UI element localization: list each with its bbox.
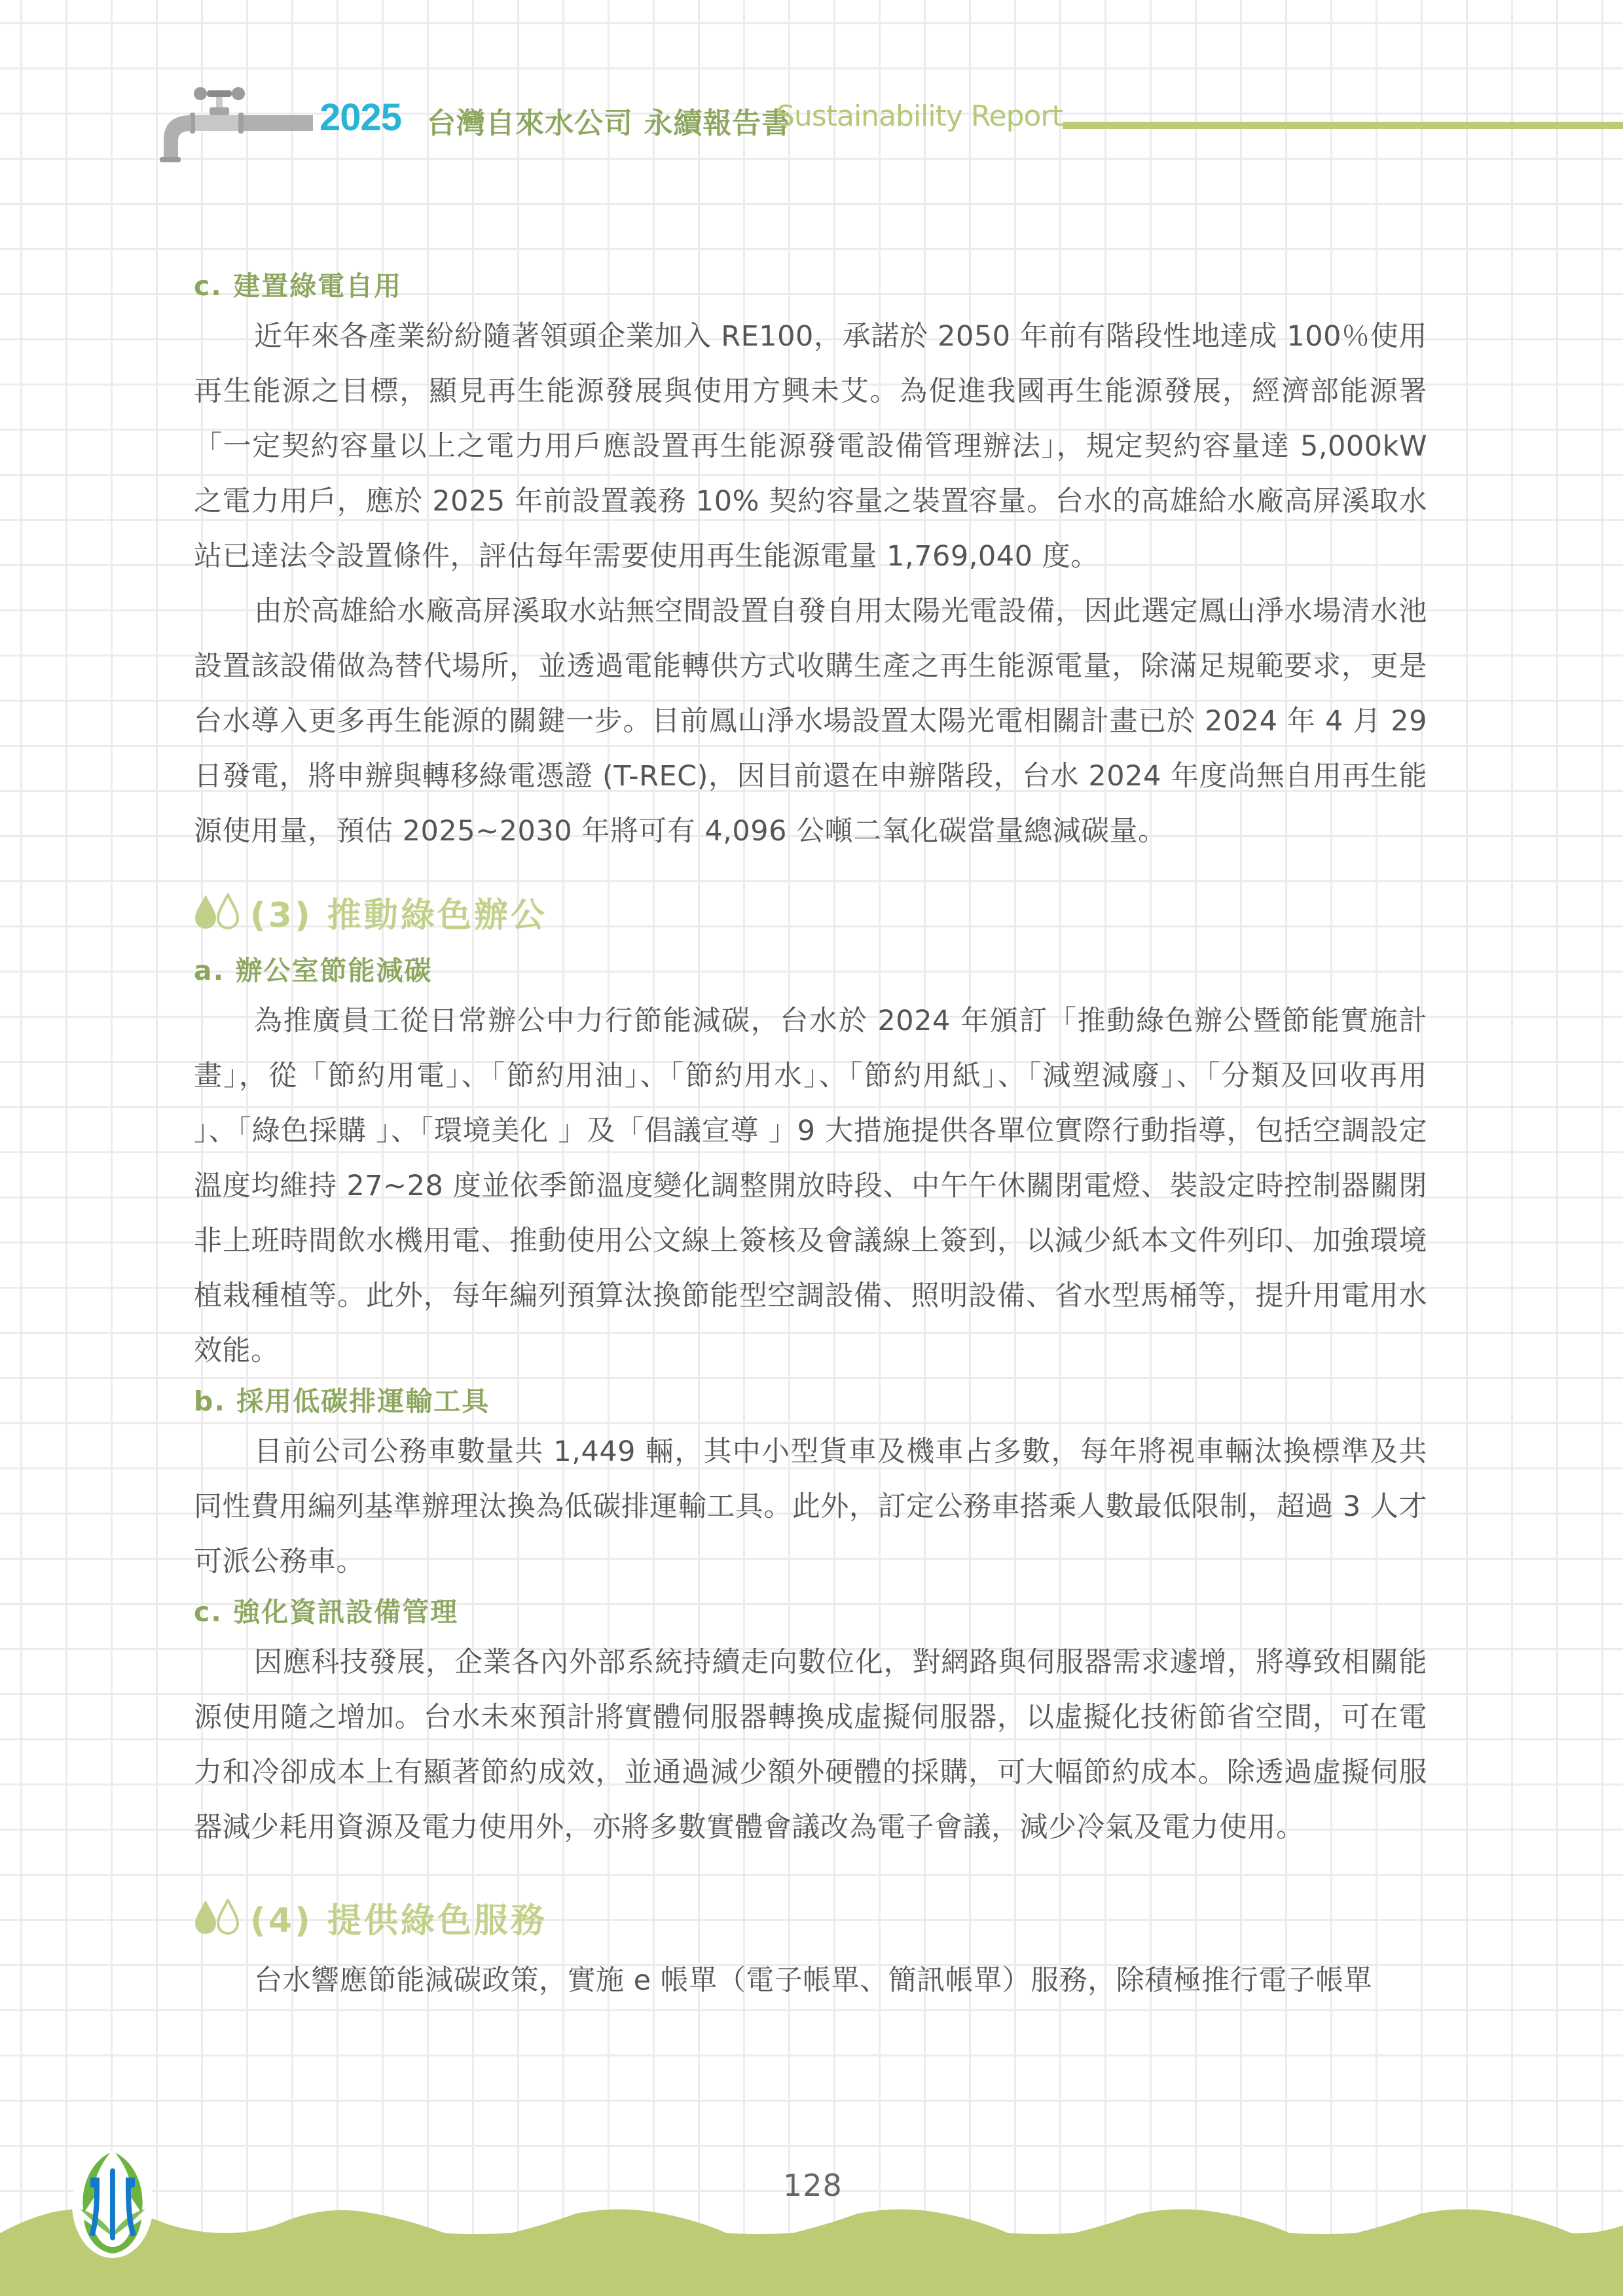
header-rule-line <box>1063 122 1623 129</box>
subheading-green-power: c. 建置綠電自用 <box>194 263 1427 309</box>
paragraph-it-equipment: 因應科技發展，企業各內外部系統持續走向數位化，對網路與伺服器需求遽增，將導致相關… <box>194 1635 1427 1855</box>
section-heading-green-service: (4) 提供綠色服務 <box>194 1881 1427 1953</box>
paragraph-office-energy-saving: 為推廣員工從日常辦公中力行節能減碳，台水於 2024 年頒訂「推動綠色辦公暨節能… <box>194 994 1427 1378</box>
section-title: (4) 提供綠色服務 <box>250 1893 547 1942</box>
paragraph-solar-fengshan: 由於高雄給水廠高屏溪取水站無空間設置自發自用太陽光電設備，因此選定鳳山淨水場清水… <box>194 584 1427 859</box>
page-number: 128 <box>783 2168 843 2203</box>
paragraph-e-billing: 台水響應節能減碳政策，實施 e 帳單（電子帳單、簡訊帳單）服務，除積極推行電子帳… <box>194 1953 1427 2008</box>
water-drops-icon <box>194 1899 242 1935</box>
report-year: 2025 <box>319 96 401 139</box>
sustainability-report-title: Sustainability Report <box>776 99 1063 133</box>
paragraph-low-carbon-transport: 目前公司公務車數量共 1,449 輛，其中小型貨車及機車占多數，每年將視車輛汰換… <box>194 1424 1427 1589</box>
section-title: (3) 推動綠色辦公 <box>250 888 547 937</box>
water-drops-icon <box>194 893 242 930</box>
company-report-title: 台灣自來水公司 永續報告書 <box>427 99 791 141</box>
faucet-icon <box>157 85 314 164</box>
subheading-it-equipment: c. 強化資訊設備管理 <box>194 1589 1427 1635</box>
main-content: c. 建置綠電自用 近年來各產業紛紛隨著領頭企業加入 RE100，承諾於 205… <box>194 263 1427 2008</box>
subheading-office-energy-saving: a. 辦公室節能減碳 <box>194 948 1427 994</box>
paragraph-re100: 近年來各產業紛紛隨著領頭企業加入 RE100，承諾於 2050 年前有階段性地達… <box>194 309 1427 584</box>
section-heading-green-office: (3) 推動綠色辦公 <box>194 876 1427 948</box>
footer-wave-band <box>0 2206 1623 2296</box>
taiwan-water-logo <box>60 2149 165 2260</box>
subheading-low-carbon-transport: b. 採用低碳排運輸工具 <box>194 1378 1427 1424</box>
